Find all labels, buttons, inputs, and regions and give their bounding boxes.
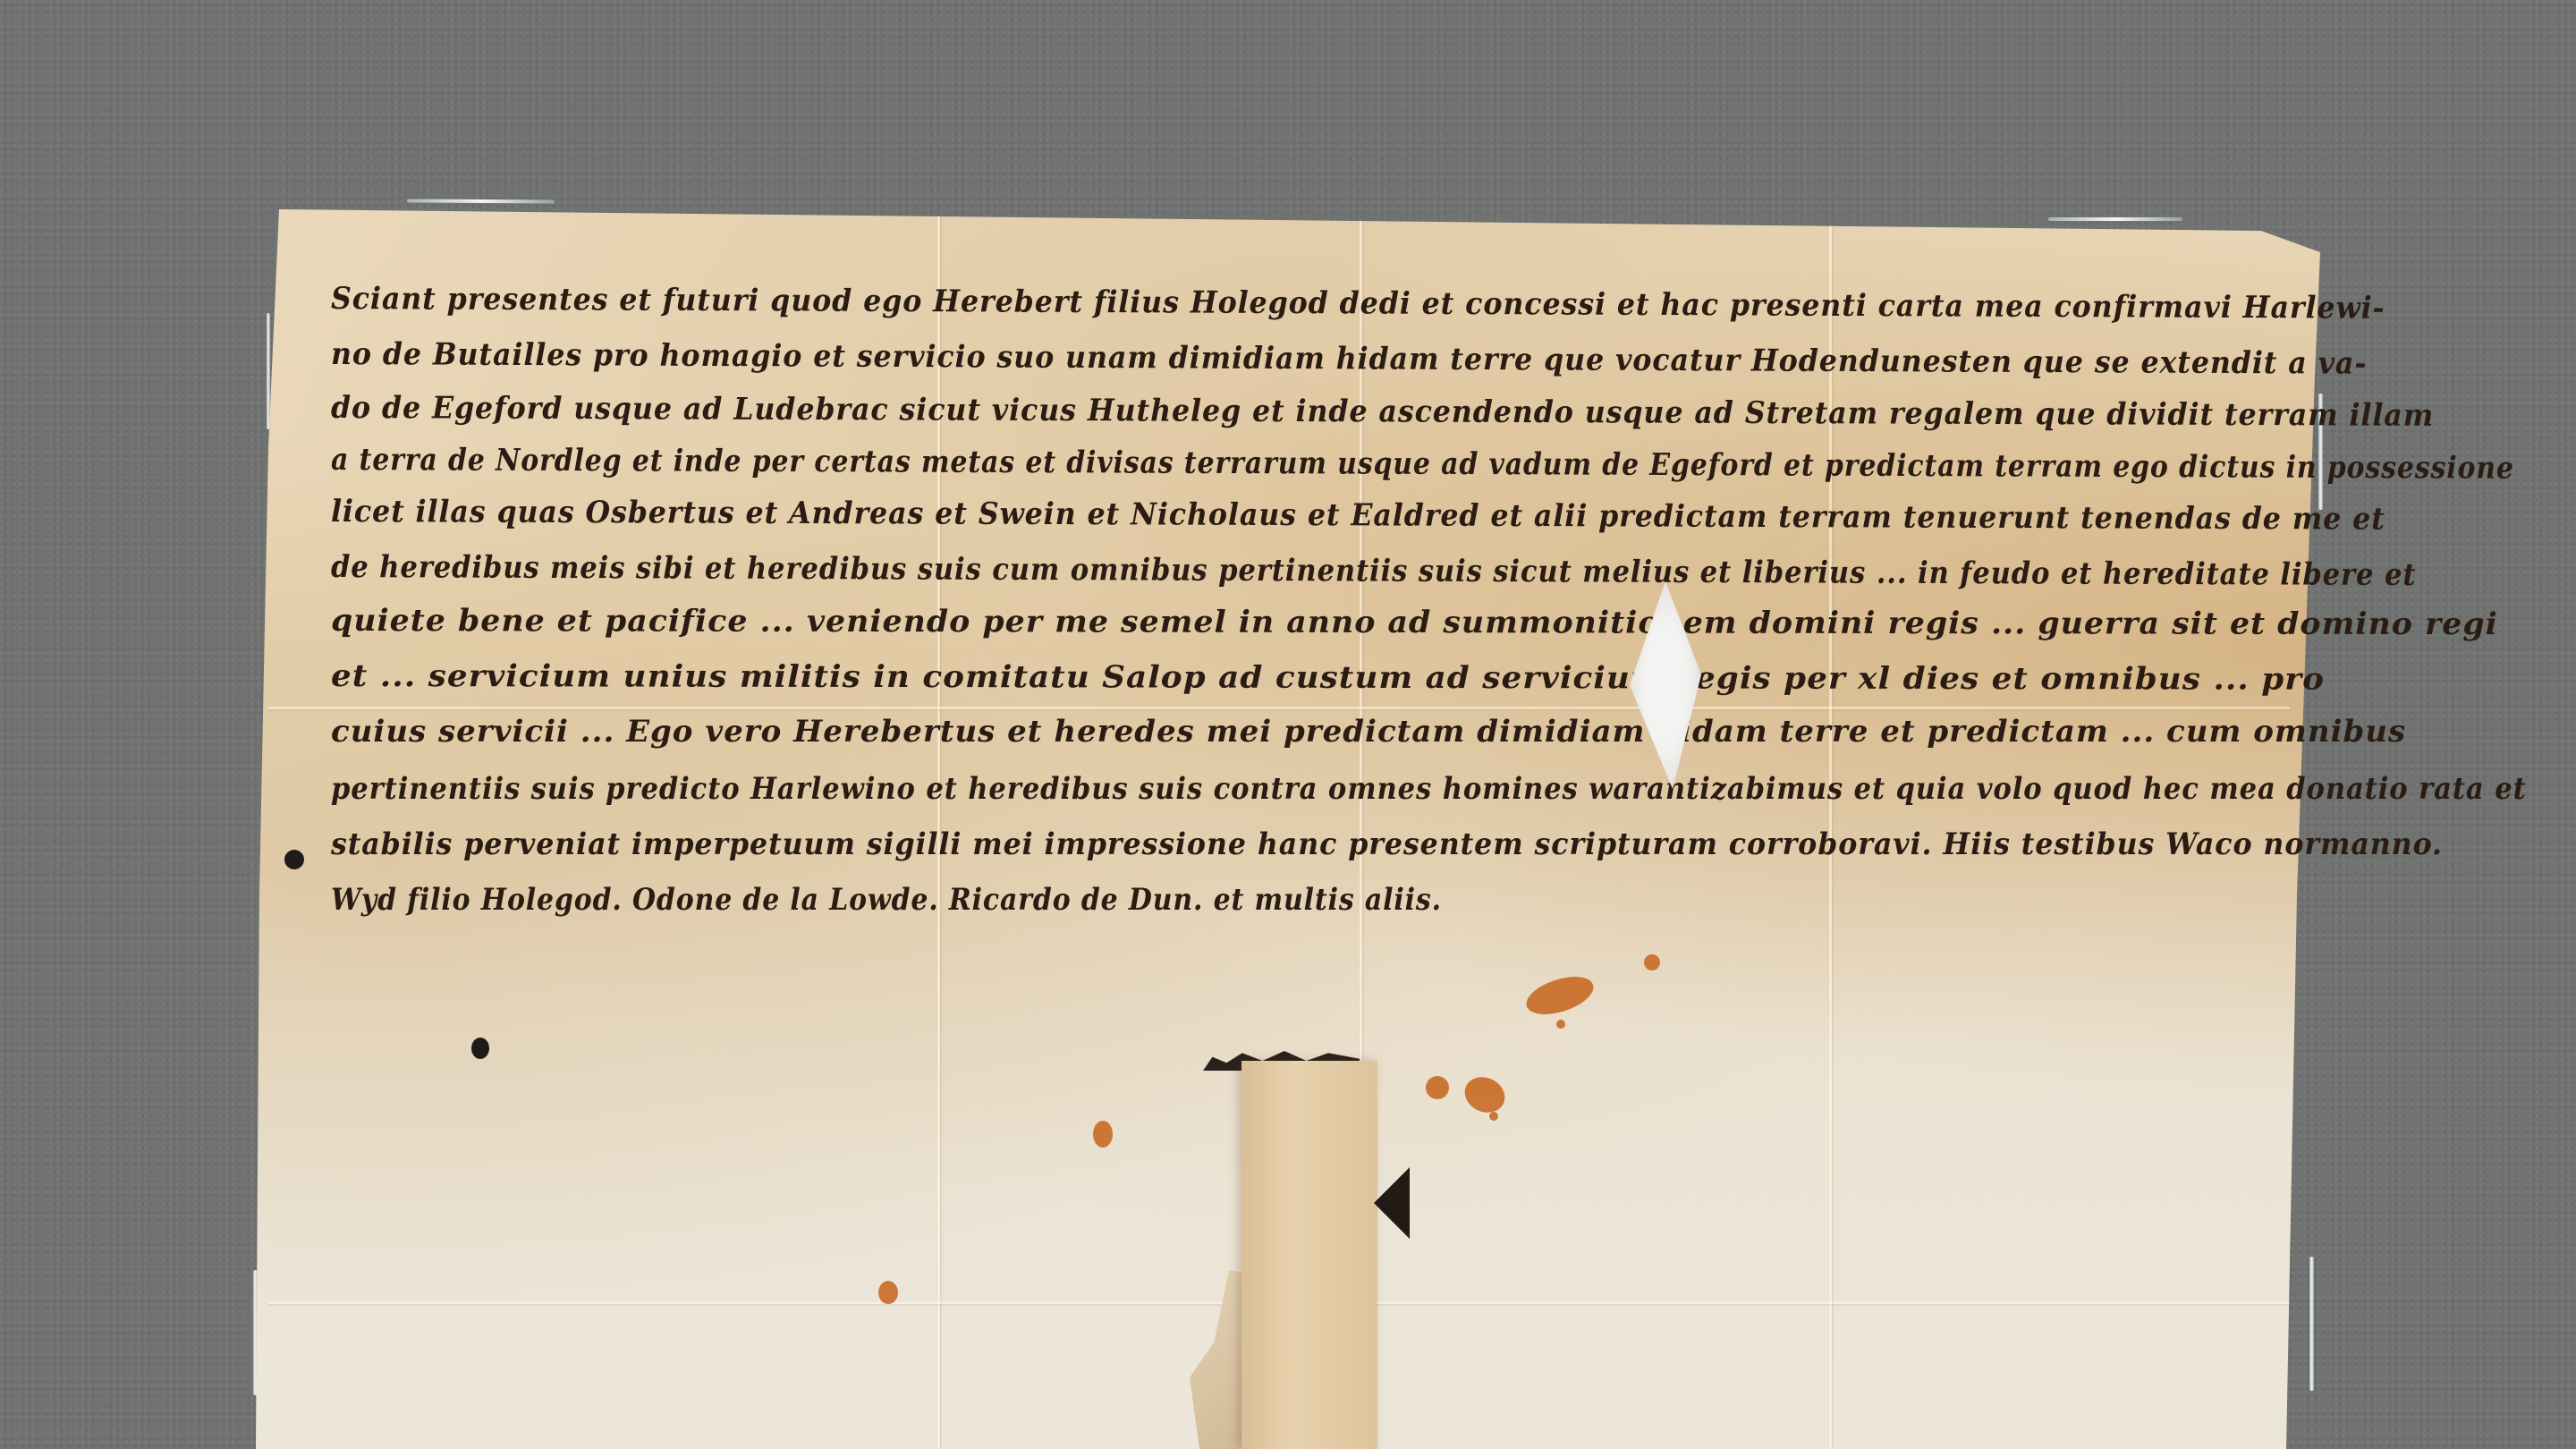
text-line-9: cuius servicii ... Ego vero Herebertus e… xyxy=(331,714,2406,750)
text-line-12: Wyd filio Holegod. Odone de la Lowde. Ri… xyxy=(331,882,1442,918)
seal-tag-strip xyxy=(1241,1061,1377,1449)
wax-drop xyxy=(1556,1020,1565,1029)
ink-blot xyxy=(284,850,304,869)
text-line-10: pertinentiis suis predicto Harlewino et … xyxy=(331,771,2527,807)
text-line-8: et ... servicium unius militis in comita… xyxy=(331,658,2325,698)
ink-blot xyxy=(471,1038,489,1059)
wax-drop xyxy=(1489,1112,1498,1121)
wax-drop xyxy=(1426,1076,1449,1099)
mount-clip-top-right xyxy=(2048,217,2182,221)
wax-drop xyxy=(1644,954,1660,970)
wax-drop xyxy=(1093,1121,1113,1148)
mount-clip-left-upper xyxy=(267,313,270,429)
mount-clip-top-left xyxy=(407,199,555,203)
fold-line-horizontal-1 xyxy=(268,707,2290,709)
mount-clip-right-lower xyxy=(2309,1257,2314,1391)
text-line-11: stabilis perveniat imperpetuum sigilli m… xyxy=(331,826,2443,862)
text-line-7: quiete bene et pacifice ... veniendo per… xyxy=(331,603,2498,642)
wax-drop xyxy=(878,1281,898,1304)
